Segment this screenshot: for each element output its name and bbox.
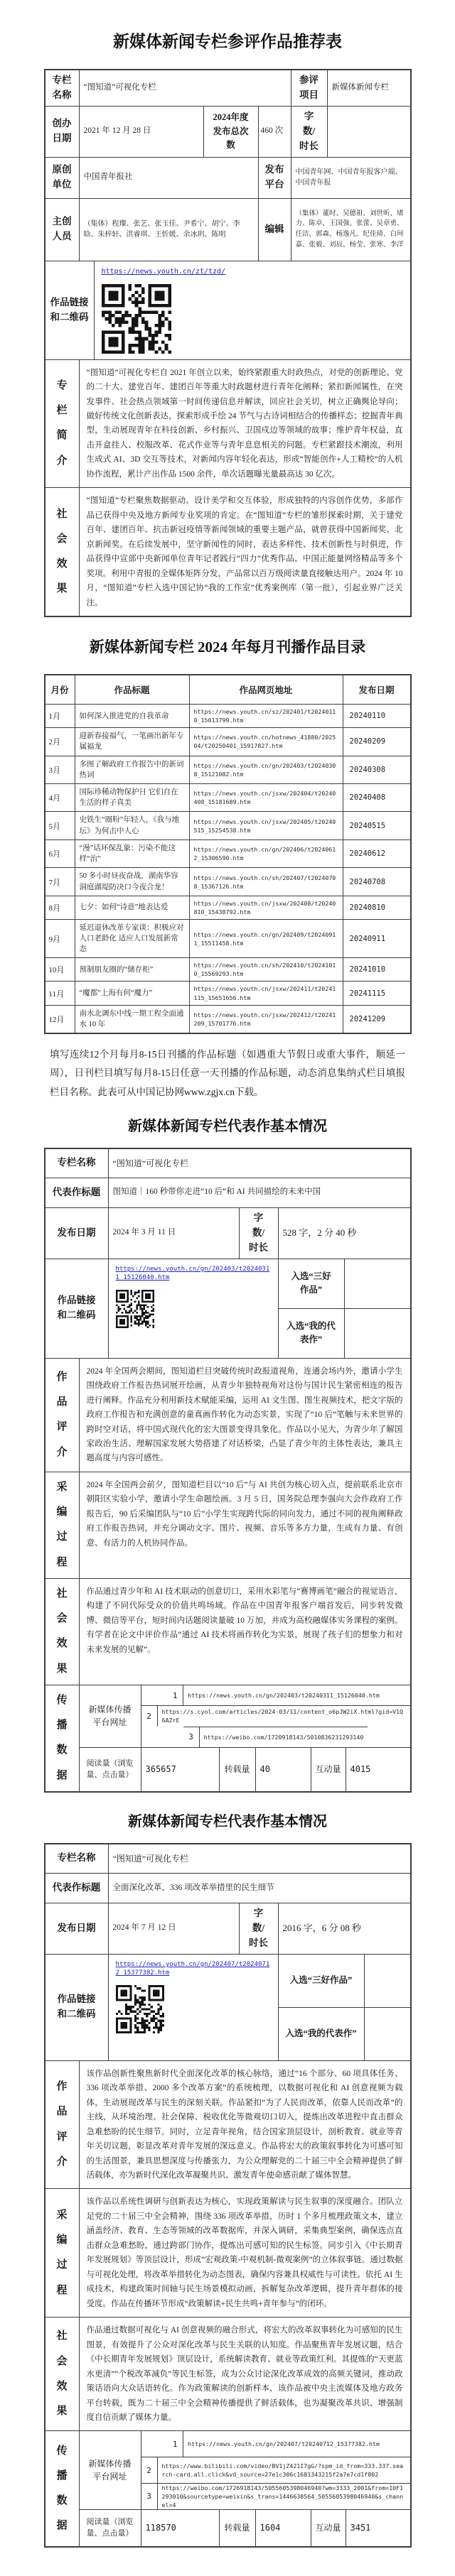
work-link-label: 作品链接和二维码	[45, 1259, 108, 1358]
reads-value: 365657	[141, 1748, 219, 1791]
work-url-cell: https://news.youth.cn/hotnews_41880/2025…	[189, 728, 343, 755]
interactions-label: 互动量	[311, 2510, 346, 2546]
url-row: 3 https://weibo.com/1726918143/505560539…	[141, 2483, 410, 2509]
month-cell: 1月	[45, 705, 75, 727]
selected-sanhao-label: 入选“三好作品”	[279, 1259, 344, 1308]
table-row: 8月 七夕：如何“诗意”地表达爱 https://news.youth.cn/j…	[45, 896, 410, 919]
monthly-catalog-table: 月份 作品标题 作品网页地址 发布日期 1月 如何深入推进党的自我革命 http…	[44, 674, 412, 1034]
selection-cells: 入选“三好作品” 入选“我的代表作”	[278, 1955, 410, 2060]
table-row: 代表作标题 图知道｜160 秒带你走进“10 后”和 AI 共同描绘的未来中国	[45, 1178, 410, 1207]
work-title-cell: 如何深入推进党的自我革命	[75, 705, 189, 727]
editors-value: （集体）董时、吴德祖、刘世昕、堵力、陈卓、王国强、张蕾、吴章勇、任洁、郭森、杨逸…	[291, 199, 410, 261]
month-cell: 4月	[45, 784, 75, 811]
url-row: 3 https://weibo.com/1720918143/501083623…	[183, 1727, 368, 1747]
work-link-cell: https://news.youth.cn/gn/202403/t2024031…	[108, 1259, 278, 1358]
url-list: 1 https://news.youth.cn/gn/202407/t20240…	[141, 2431, 410, 2509]
column-name-value: “图知道”可视化专栏	[108, 1149, 410, 1178]
table-row: 6月 “漫”话环保乱象：污染不能这样“治” https://news.youth…	[45, 839, 410, 867]
selection-row: 入选“三好作品”	[279, 1259, 410, 1308]
selection-cells: 入选“三好作品” 入选“我的代表作”	[278, 1259, 410, 1358]
month-cell: 10月	[45, 958, 75, 981]
reposts-value: 1604	[255, 2510, 311, 2546]
platform-label: 新媒体传播平台网址	[80, 2431, 141, 2509]
work-title-cell: 多图了解政府工作报告中的新词热词	[75, 756, 189, 783]
url-value: https://weibo.com/1720918143/50108362312…	[199, 1727, 368, 1747]
editing-process-text: 2024 年全国两会前夕，图知道栏目以“10 后”与 AI 共创为核心切入点，提…	[79, 1472, 410, 1578]
platform-label: 新媒体传播平台网址	[80, 1685, 141, 1747]
founding-date-label: 创办日期	[45, 107, 79, 157]
qr-code	[102, 284, 171, 354]
url-index: 2	[141, 1706, 157, 1726]
word-count-label: 字数/时长	[239, 1208, 278, 1259]
url-index: 3	[183, 1727, 199, 1747]
entry-item-label: 参评项目	[291, 70, 327, 106]
title-header: 作品标题	[75, 675, 189, 704]
work-title-cell: 50 多小时昼夜奋战，湖南华容洞庭湖堤防决口今夜合龙！	[75, 868, 189, 895]
column-name-label: 专栏名称	[45, 1844, 108, 1873]
work-link[interactable]: https://news.youth.cn/zt/tzd/	[102, 267, 226, 277]
column-name-value: “图知道”可视化专栏	[79, 70, 291, 106]
selected-sanhao-value	[364, 1955, 410, 2007]
table-row: 传播数据 新媒体传播平台网址 1 https://news.youth.cn/g…	[45, 2430, 410, 2545]
table-row: 11月 “魔都”上海有何“魔力” https://news.youth.cn/j…	[45, 981, 410, 1004]
work-link[interactable]: https://news.youth.cn/gn/202407/t2024071…	[116, 1960, 271, 1978]
table-row: 专栏名称 “图知道”可视化专栏	[45, 1844, 410, 1873]
publish-date-cell: 20240515	[343, 812, 410, 839]
url-list: 1 https://news.youth.cn/gn/202403/t20240…	[141, 1685, 410, 1747]
editing-process-text: 该作品以系统性调研与创新表达为核心，实现政策解读与民生叙事的深度融合。团队立足党…	[79, 2189, 410, 2317]
rep-work-table-1: 专栏名称 “图知道”可视化专栏 代表作标题 图知道｜160 秒带你走进“10 后…	[44, 1148, 412, 1793]
reposts-label: 转载量	[219, 1748, 255, 1791]
entry-item-value: 新媒体新闻专栏	[327, 70, 410, 106]
table-row: 作品链接和二维码 https://news.youth.cn/gn/202407…	[45, 1954, 410, 2060]
metrics-row: 阅读量（浏览量、点击量） 118570 转载量 1604 互动量 3451	[80, 2509, 410, 2546]
table-row: 作品评介 2024 年全国两会期间，图知道栏目突破传统时政报道视角，连通会场内外…	[45, 1358, 410, 1472]
work-url-cell: https://news.youth.cn/sh/202407/t2024070…	[189, 868, 343, 895]
work-title-cell: 国际珍稀动物保护日 它们自在生活的样子真美	[75, 784, 189, 811]
publish-date-cell: 20240408	[343, 784, 410, 811]
month-cell: 7月	[45, 868, 75, 895]
platform-urls-row: 新媒体传播平台网址 1 https://news.youth.cn/gn/202…	[80, 1685, 410, 1747]
pub-date-label: 发布日期	[45, 1903, 108, 1954]
fill-instructions-note: 填写连续12个月每月8-15日刊播的作品标题（如遇重大节假日或重大事件，顺延一周…	[50, 1045, 405, 1102]
table-row: 原创单位 中国青年报社 发布平台 中国青年网、中国青年报客户端、中国青年报	[45, 157, 410, 198]
work-title-cell: 预制朋友圈的“储存柜”	[75, 958, 189, 981]
social-effect-text: 作品通过青少年和 AI 技术联动的创意切口，采用水彩笔与“赛博画笔”融合的视觉语…	[79, 1579, 410, 1685]
url-index: 3	[141, 2484, 157, 2509]
work-link-label: 作品链接和二维码	[45, 1955, 108, 2060]
work-url-cell: https://news.youth.cn/jsxw/202404/t20240…	[189, 784, 343, 811]
work-title-cell: 南水北调东中线一期工程全面通水 10 年	[75, 1006, 189, 1033]
table-row: 7月 50 多小时昼夜奋战，湖南华容洞庭湖堤防决口今夜合龙！ https://n…	[45, 867, 410, 895]
work-link-cell: https://news.youth.cn/zt/tzd/	[94, 261, 410, 359]
rep-title-value: 图知道｜160 秒带你走进“10 后”和 AI 共同描绘的未来中国	[108, 1178, 410, 1207]
month-cell: 12月	[45, 1006, 75, 1033]
original-unit-value: 中国青年报社	[79, 158, 258, 198]
url-header: 作品网页地址	[189, 675, 343, 704]
month-cell: 8月	[45, 896, 75, 919]
social-effect-label: 社会效果	[45, 488, 79, 616]
work-review-label: 作品评介	[45, 2061, 79, 2189]
social-effect-label: 社会效果	[45, 1579, 79, 1685]
publish-date-cell: 20240308	[343, 756, 410, 783]
month-cell: 9月	[45, 920, 75, 958]
spread-data-block: 新媒体传播平台网址 1 https://news.youth.cn/gn/202…	[79, 1685, 410, 1791]
work-link-cell: https://news.youth.cn/gn/202407/t2024071…	[108, 1955, 278, 2060]
work-url-cell: https://news.youth.cn/gn/202406/t2024061…	[189, 840, 343, 867]
work-url-cell: https://news.youth.cn/jsxw/202405/t20240…	[189, 812, 343, 839]
work-review-label: 作品评介	[45, 1359, 79, 1472]
table-row: 传播数据 新媒体传播平台网址 1 https://news.youth.cn/g…	[45, 1685, 410, 1791]
table-row: 代表作标题 全面深化改革，336 项改革举措里的民生细节	[45, 1873, 410, 1903]
rep-work-title-1: 新媒体新闻专栏代表作基本情况	[0, 1114, 455, 1135]
reads-label: 阅读量（浏览量、点击量）	[80, 2510, 141, 2546]
column-intro-text: “图知道”可视化专栏自 2021 年创立以来，始终紧跟重大时政热点，对党的创新理…	[79, 360, 410, 488]
url-index: 2	[141, 2457, 157, 2483]
column-name-label: 专栏名称	[45, 70, 79, 106]
work-title-cell: “魔都”上海有何“魔力”	[75, 982, 189, 1004]
table-row: 采编过程 该作品以系统性调研与创新表达为核心，实现政策解读与民生叙事的深度融合。…	[45, 2188, 410, 2317]
publish-date-cell: 20240810	[343, 896, 410, 919]
work-title-cell: 七夕：如何“诗意”地表达爱	[75, 896, 189, 919]
spread-data-block: 新媒体传播平台网址 1 https://news.youth.cn/gn/202…	[79, 2431, 410, 2545]
table-row: 5月 史铁生“圈粉”年轻人，《我与地坛》为何击中人心 https://news.…	[45, 811, 410, 839]
selection-row: 入选“我的代表作”	[279, 1308, 410, 1358]
column-name-label: 专栏名称	[45, 1149, 108, 1178]
creators-label: 主创人员	[45, 199, 79, 261]
selection-row: 入选“我的代表作”	[279, 2007, 410, 2060]
work-title-cell: “漫”话环保乱象：污染不能这样“治”	[75, 840, 189, 867]
url-row: 2 https://www.bilibili.com/video/BV1jZ42…	[141, 2457, 410, 2483]
pub-date-value: 2024 年 3 月 11 日	[108, 1208, 239, 1259]
month-cell: 2月	[45, 728, 75, 755]
table-row: 专栏名称 “图知道”可视化专栏	[45, 1149, 410, 1178]
table-row: 发布日期 2024 年 7 月 12 日 字数/时长 2016 字，6 分 08…	[45, 1903, 410, 1954]
selected-sanhao-label: 入选“三好作品”	[279, 1955, 364, 2007]
interactions-value: 4015	[346, 1748, 410, 1791]
month-header: 月份	[45, 675, 75, 704]
rep-title-label: 代表作标题	[45, 1178, 108, 1207]
editor-label: 编辑	[258, 199, 291, 261]
table-row: 4月 国际珍稀动物保护日 它们自在生活的样子真美 https://news.yo…	[45, 783, 410, 811]
work-review-text: 2024 年全国两会期间，图知道栏目突破传统时政报道视角，连通会场内外，邀请小学…	[79, 1359, 410, 1472]
qr-code	[116, 1290, 154, 1328]
url-index: 1	[167, 1685, 183, 1705]
publish-date-cell: 20240110	[343, 705, 410, 727]
publish-date-cell: 20241010	[343, 958, 410, 981]
table-row: 12月 南水北调东中线一期工程全面通水 10 年 https://news.yo…	[45, 1005, 410, 1033]
work-link-label: 作品链接和二维码	[45, 261, 94, 359]
table-row: 社会效果 “图知道”专栏聚焦数据驱动、设计美学和交互体验，形成独特的内容创作优势…	[45, 487, 410, 616]
rep-work-title-2: 新媒体新闻专栏代表作基本情况	[0, 1810, 455, 1830]
metrics-row: 阅读量（浏览量、点击量） 365657 转载量 40 互动量 4015	[80, 1747, 410, 1791]
recommendation-form-table: 专栏名称 “图知道”可视化专栏 参评项目 新媒体新闻专栏 创办日期 2021 年…	[44, 69, 412, 617]
publish-date-cell: 20240911	[343, 920, 410, 958]
word-count-value	[327, 107, 410, 157]
work-title-cell: 延迟退休改革专家谈：积极应对人口老龄化 适应人口发展新常态	[75, 920, 189, 958]
work-url-cell: https://news.youth.cn/jsxw/202412/t20241…	[189, 1006, 343, 1033]
word-count-value: 528 字，2 分 40 秒	[278, 1208, 410, 1259]
url-value: https://s.cyol.com/articles/2024-03/11/c…	[157, 1706, 410, 1726]
word-count-label: 字数/时长	[239, 1903, 278, 1954]
page-title: 新媒体新闻专栏参评作品推荐表	[0, 28, 455, 52]
total-publish-value: 460 次	[258, 107, 291, 157]
url-value: https://www.bilibili.com/video/BV1jZ421I…	[157, 2457, 410, 2483]
url-row: 1 https://news.youth.cn/gn/202403/t20240…	[167, 1685, 384, 1705]
work-link[interactable]: https://news.youth.cn/gn/202403/t2024031…	[116, 1265, 271, 1283]
column-intro-label: 专栏简介	[45, 360, 79, 488]
table-row: 作品链接和二维码 https://news.youth.cn/gn/202403…	[45, 1259, 410, 1358]
work-url-cell: https://news.youth.cn/jsxw/202411/t20241…	[189, 982, 343, 1004]
document-sheet: 新媒体新闻专栏参评作品推荐表 专栏名称 “图知道”可视化专栏 参评项目 新媒体新…	[0, 0, 455, 2576]
rep-work-table-2: 专栏名称 “图知道”可视化专栏 代表作标题 全面深化改革，336 项改革举措里的…	[44, 1843, 412, 2548]
publish-platform-label: 发布平台	[258, 158, 291, 198]
work-url-cell: https://news.youth.cn/gn/202403/t2024030…	[189, 756, 343, 783]
month-cell: 5月	[45, 812, 75, 839]
table-row: 社会效果 作品通过青少年和 AI 技术联动的创意切口，采用水彩笔与“赛博画笔”融…	[45, 1578, 410, 1685]
original-unit-label: 原创单位	[45, 158, 79, 198]
qr-code	[116, 1985, 164, 2033]
table-row: 3月 多图了解政府工作报告中的新词热词 https://news.youth.c…	[45, 756, 410, 783]
url-value: https://weibo.com/1726918143/50556053980…	[157, 2484, 410, 2509]
date-header: 发布日期	[343, 675, 410, 704]
url-row: 2 https://s.cyol.com/articles/2024-03/11…	[141, 1705, 410, 1726]
publish-platform-value: 中国青年网、中国青年报客户端、中国青年报	[291, 158, 410, 198]
selected-mywork-label: 入选“我的代表作”	[279, 2008, 364, 2060]
monthly-catalog-title: 新媒体新闻专栏 2024 年每月刊播作品目录	[0, 636, 455, 657]
url-value: https://news.youth.cn/gn/202403/t2024031…	[183, 1685, 384, 1705]
publish-date-cell: 20240612	[343, 840, 410, 867]
url-index: 1	[167, 2431, 183, 2457]
creators-value: （集体）程璨、张艺、张玉佳、尹希宁、胡宁、李晗、朱梓轩、洪睿琪、王忻媛、余冰玥、…	[79, 199, 258, 261]
table-row: 创办日期 2021 年 12 月 28 日 2024年度发布总次数 460 次 …	[45, 106, 410, 157]
total-publish-label: 2024年度发布总次数	[203, 107, 258, 157]
reposts-label: 转载量	[219, 2510, 255, 2546]
table-row: 作品评介 该作品创新性聚焦新时代全面深化改革的核心脉络，通过“16 个部分、60…	[45, 2060, 410, 2189]
rep-title-value: 全面深化改革，336 项改革举措里的民生细节	[108, 1874, 410, 1903]
editing-process-label: 采编过程	[45, 1472, 79, 1578]
work-review-text: 该作品创新性聚焦新时代全面深化改革的核心脉络，通过“16 个部分、60 项具体任…	[79, 2061, 410, 2189]
founding-date-value: 2021 年 12 月 28 日	[79, 107, 203, 157]
url-value: https://news.youth.cn/gn/202407/t2024071…	[183, 2431, 384, 2457]
table-row: 专栏简介 “图知道”可视化专栏自 2021 年创立以来，始终紧跟重大时政热点，对…	[45, 359, 410, 488]
selection-row: 入选“三好作品”	[279, 1955, 410, 2007]
selected-mywork-value	[344, 1309, 410, 1358]
selected-mywork-label: 入选“我的代表作”	[279, 1309, 344, 1358]
spread-data-label: 传播数据	[45, 2431, 79, 2545]
interactions-label: 互动量	[311, 1748, 346, 1791]
table-row: 1月 如何深入推进党的自我革命 https://news.youth.cn/sz…	[45, 704, 410, 727]
platform-urls-row: 新媒体传播平台网址 1 https://news.youth.cn/gn/202…	[80, 2431, 410, 2509]
month-cell: 6月	[45, 840, 75, 867]
selected-sanhao-value	[344, 1259, 410, 1308]
work-title-cell: 迎新春接福气，一笔画出新年专属福龙	[75, 728, 189, 755]
word-count-value: 2016 字，6 分 08 秒	[278, 1903, 410, 1954]
editing-process-label: 采编过程	[45, 2189, 79, 2317]
publish-date-cell: 20240708	[343, 868, 410, 895]
url-row: 1 https://news.youth.cn/gn/202407/t20240…	[167, 2431, 384, 2457]
table-header-row: 月份 作品标题 作品网页地址 发布日期	[45, 675, 410, 704]
table-row: 采编过程 2024 年全国两会前夕，图知道栏目以“10 后”与 AI 共创为核心…	[45, 1472, 410, 1578]
reads-label: 阅读量（浏览量、点击量）	[80, 1748, 141, 1791]
work-url-cell: https://news.youth.cn/jsxw/202408/t20240…	[189, 896, 343, 919]
spread-data-label: 传播数据	[45, 1685, 79, 1791]
social-effect-label: 社会效果	[45, 2317, 79, 2430]
work-url-cell: https://news.youth.cn/gn/202409/t2024091…	[189, 920, 343, 958]
work-url-cell: https://news.youth.cn/sh/202410/t2024101…	[189, 958, 343, 981]
table-row: 10月 预制朋友圈的“储存柜” https://news.youth.cn/sh…	[45, 957, 410, 981]
selected-mywork-value	[364, 2008, 410, 2060]
pub-date-label: 发布日期	[45, 1208, 108, 1259]
work-url-cell: https://news.youth.cn/sz/202401/t2024011…	[189, 705, 343, 727]
month-cell: 3月	[45, 756, 75, 783]
social-effect-text: “图知道”专栏聚焦数据驱动、设计美学和交互体验，形成独特的内容创作优势，多部作品…	[79, 488, 410, 616]
column-name-value: “图知道”可视化专栏	[108, 1844, 410, 1873]
table-row: 9月 延迟退休改革专家谈：积极应对人口老龄化 适应人口发展新常态 https:/…	[45, 919, 410, 958]
table-row: 专栏名称 “图知道”可视化专栏 参评项目 新媒体新闻专栏	[45, 70, 410, 106]
rep-title-label: 代表作标题	[45, 1874, 108, 1903]
publish-date-cell: 20241209	[343, 1006, 410, 1033]
publish-date-cell: 20241115	[343, 982, 410, 1004]
pub-date-value: 2024 年 7 月 12 日	[108, 1903, 239, 1954]
table-row: 主创人员 （集体）程璨、张艺、张玉佳、尹希宁、胡宁、李晗、朱梓轩、洪睿琪、王忻媛…	[45, 198, 410, 261]
month-cell: 11月	[45, 982, 75, 1004]
reposts-value: 40	[255, 1748, 311, 1791]
work-title-cell: 史铁生“圈粉”年轻人，《我与地坛》为何击中人心	[75, 812, 189, 839]
word-count-label: 字数/时长	[291, 107, 327, 157]
social-effect-text: 作品通过数据可视化与 AI 创意视频的融合形式，将宏大的改革叙事转化为可感知的民…	[79, 2317, 410, 2430]
table-row: 作品链接和二维码 https://news.youth.cn/zt/tzd/	[45, 261, 410, 359]
table-row: 社会效果 作品通过数据可视化与 AI 创意视频的融合形式，将宏大的改革叙事转化为…	[45, 2317, 410, 2430]
table-row: 发布日期 2024 年 3 月 11 日 字数/时长 528 字，2 分 40 …	[45, 1207, 410, 1259]
reads-value: 118570	[141, 2510, 219, 2546]
table-row: 2月 迎新春接福气，一笔画出新年专属福龙 https://news.youth.…	[45, 727, 410, 755]
publish-date-cell: 20240209	[343, 728, 410, 755]
interactions-value: 3451	[346, 2510, 410, 2546]
